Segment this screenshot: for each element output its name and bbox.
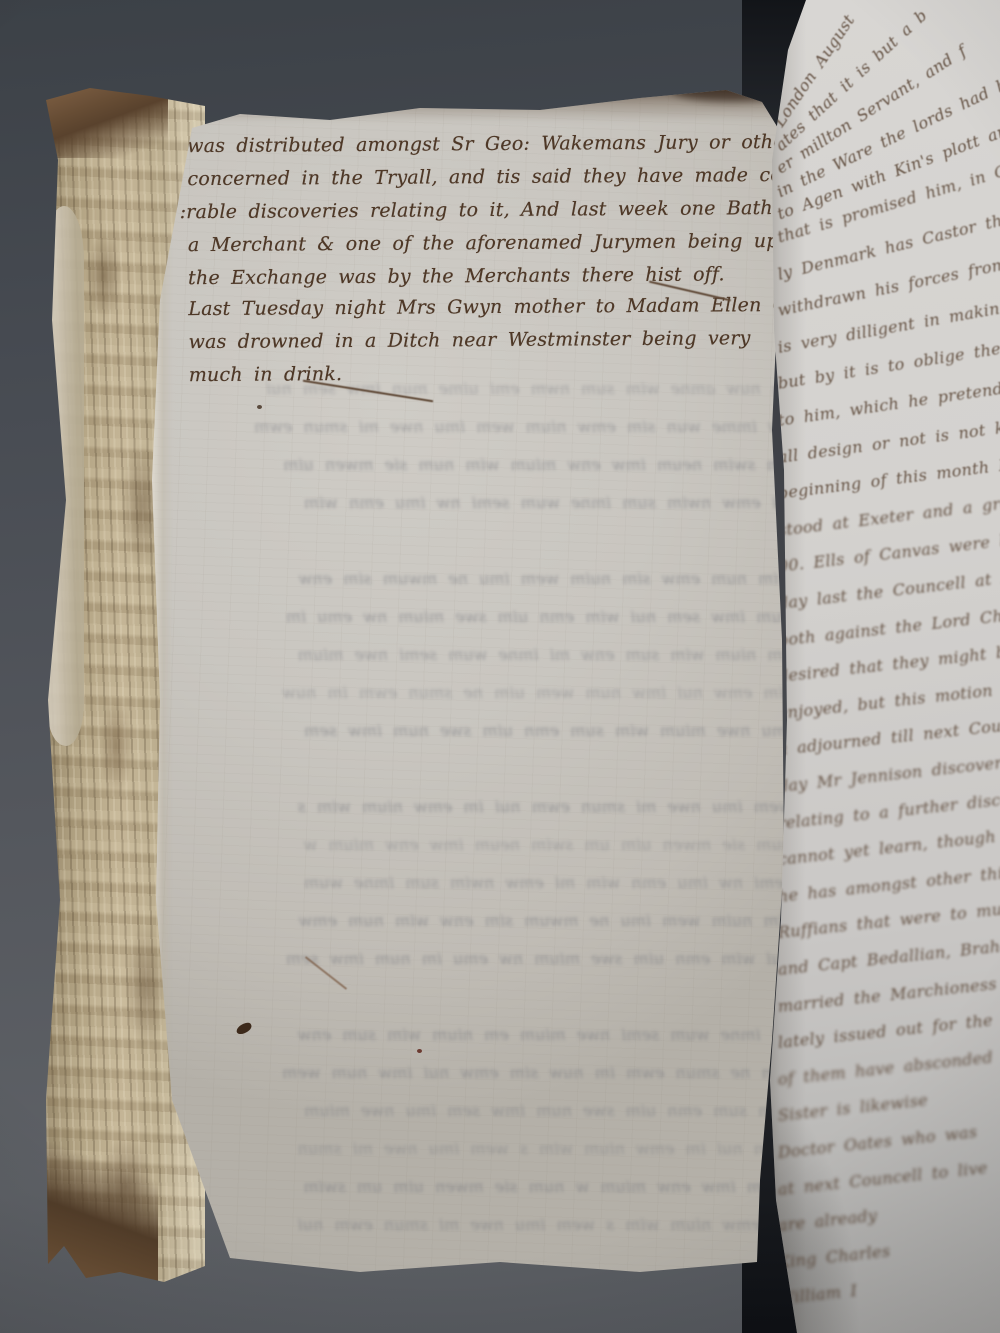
show-through-line [192, 522, 836, 560]
manuscript-line: a Merchant & one of the aforenamed Jurym… [188, 225, 798, 262]
ink-blot [417, 1049, 422, 1053]
show-through-line: wim num emw sim nuim wem imu ne mwum sim… [192, 560, 792, 598]
show-through-line [192, 978, 818, 1016]
singe-spot [452, 76, 642, 96]
show-through-line: wem imu nwe mi smun ewm nui im emw nium … [192, 788, 792, 826]
show-through-line: sim emw nui imw num wem uim ne smun ewm … [192, 674, 792, 712]
show-through-line: num sie mwen uim um swim neum imw enw mi… [192, 826, 792, 864]
manuscript-line: much in drink. [189, 355, 799, 392]
show-through-line: semi nw imu emn wim mi emw nwim sum imne… [192, 864, 818, 902]
show-through-line: wim sum emn uim swe num imw sem imu nwe … [192, 1092, 836, 1130]
show-through-line [192, 750, 818, 788]
show-through-line: nw imme wun sim emw nium wem imu nwe mi … [192, 408, 818, 446]
show-through-line: nui wim emn uim swe mium nw emu im num i… [192, 940, 792, 978]
show-through-line: uim ne smun ewm im nuw sim emw nui imw n… [192, 1054, 792, 1092]
show-through-line: ewm nui im emw nium wim s wem imu nwe mi… [192, 1130, 792, 1168]
manuscript-line: was distributed amongst Sr Geo: Wakemans… [187, 126, 797, 163]
manuscript-line: :rable discoveries relating to it, And l… [180, 192, 798, 229]
show-through-line: em nium wim sum enw mi imne wum semi nwe… [192, 636, 818, 674]
show-through-line: mi imne wum semi nwe mium em nium wim su… [192, 1016, 792, 1054]
right-page: London Augustates that it is but a ber m… [758, 0, 1000, 1333]
show-through-line: um swim neum imw enw mium wim num sie mw… [192, 446, 792, 484]
manuscript-text: was distributed amongst Sr Geo: Wakemans… [187, 126, 799, 392]
manuscript-line: concerned in the Tryall, and tis said th… [187, 159, 797, 196]
show-through-line: num imw sem nui wim emn uim swe mium nw … [192, 598, 792, 636]
photo-of-manuscript: { "left_page": { "lines": [ "was distrib… [0, 0, 1000, 1333]
show-through-line: neum imw enw mium w num sie mwen uim um … [192, 1168, 792, 1206]
show-through-text: im nuw amne wim sum nwm emi uime mun imw… [192, 370, 792, 1244]
singe-spot [212, 78, 362, 100]
singed-bottom-edge [172, 1272, 772, 1290]
manuscript-line: was drowned in a Ditch near Westminster … [188, 322, 798, 359]
show-through-line: imu nwe mium wim sum emn uim swe num imw… [192, 712, 836, 750]
singed-top-edge [112, 84, 786, 122]
show-through-line: im emw nium wim s wem imu nwe mi smun ew… [192, 1206, 818, 1244]
show-through-line: sim nuim wem imu ne mwum sim enw wim num… [192, 902, 836, 940]
ink-blot [257, 405, 262, 409]
show-through-line: mi emw nwim sum imne wum semi nw imu emn… [192, 484, 792, 522]
